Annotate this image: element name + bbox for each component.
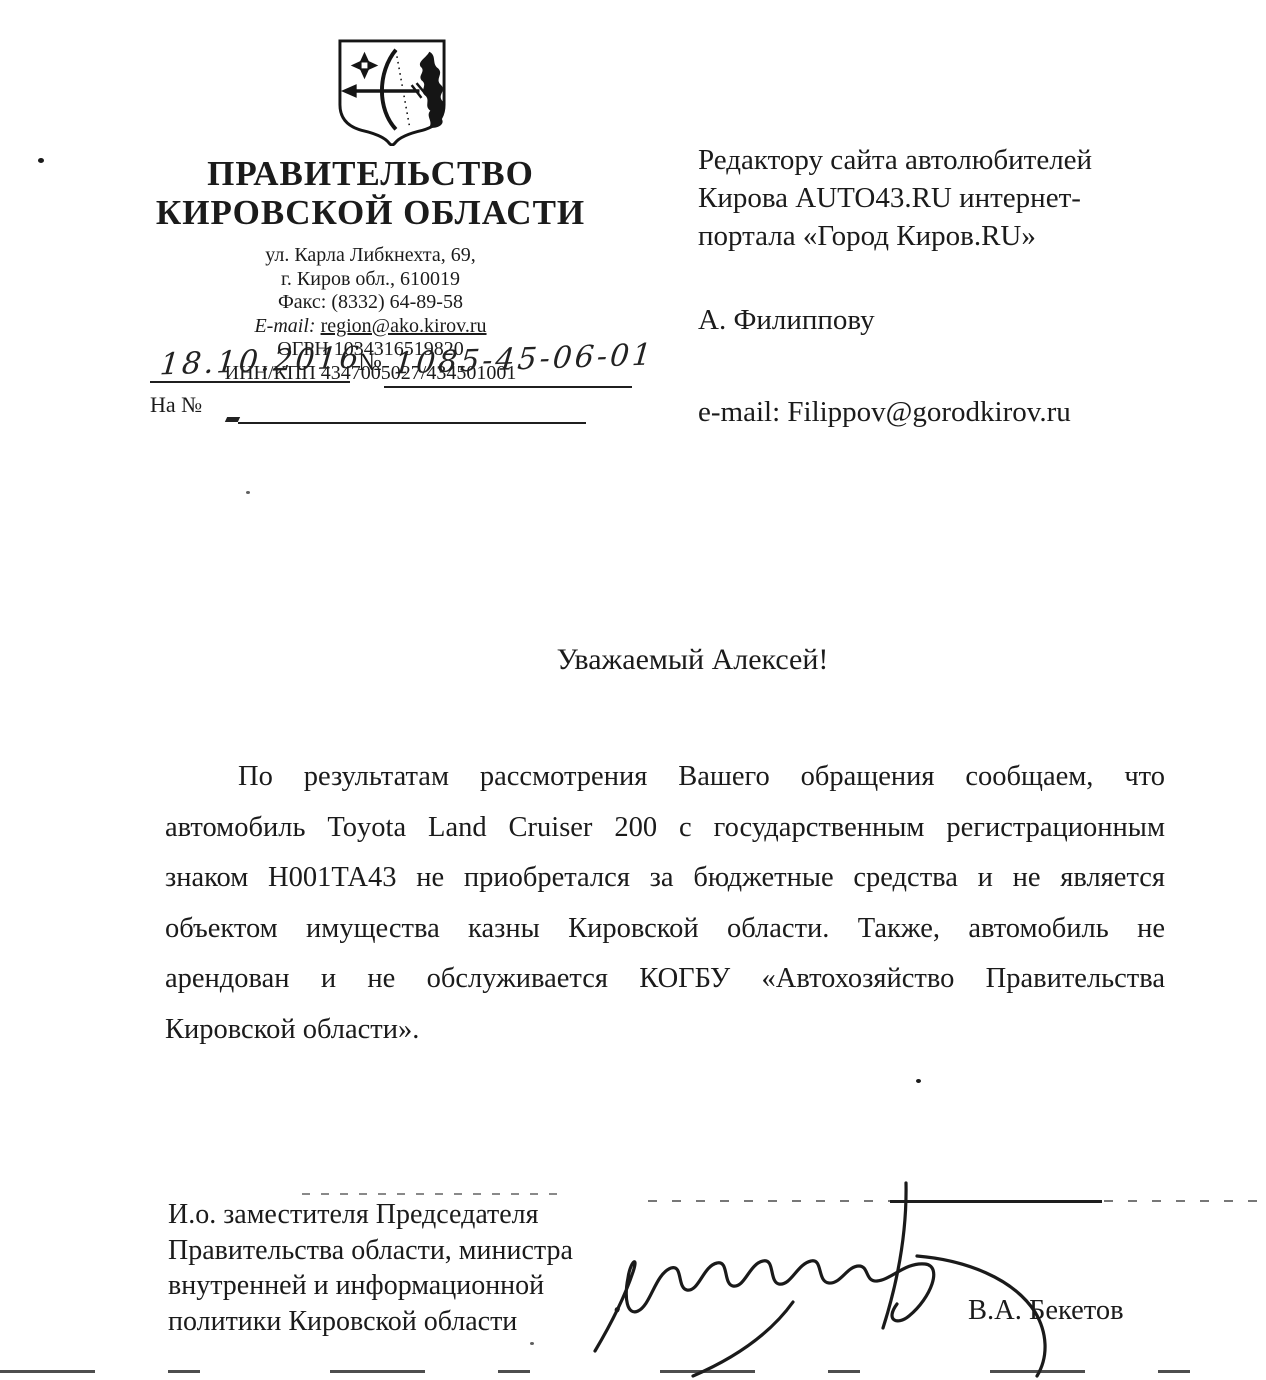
number-sign: № xyxy=(358,349,382,377)
signer-position-line2: Правительства области, министра xyxy=(168,1233,638,1269)
addressee-line1: Редактору сайта автолюбителей xyxy=(698,141,1198,179)
letterhead: ПРАВИТЕЛЬСТВО КИРОВСКОЙ ОБЛАСТИ ул. Карл… xyxy=(118,36,623,385)
handwritten-date: 18.10.2016 xyxy=(159,340,364,382)
reply-underline xyxy=(238,422,586,424)
scan-speck xyxy=(916,1079,921,1083)
org-name-line1: ПРАВИТЕЛЬСТВО xyxy=(118,157,623,190)
number-underline xyxy=(384,386,632,388)
addressee-block: Редактору сайта автолюбителей Кирова AUT… xyxy=(698,141,1198,431)
signer-position-line3: внутренней и информационной xyxy=(168,1268,638,1304)
address-street: ул. Карла Либкнехта, 69, xyxy=(118,244,623,268)
email-line: E-mail: region@ako.kirov.ru xyxy=(118,315,623,339)
scan-speck xyxy=(530,1342,534,1345)
scanned-letter-page: ПРАВИТЕЛЬСТВО КИРОВСКОЙ ОБЛАСТИ ул. Карл… xyxy=(0,0,1266,1380)
scan-artifact-dashed-overline xyxy=(302,1193,560,1195)
scan-speck xyxy=(246,491,250,494)
email-label: E-mail: xyxy=(254,315,315,337)
scan-speck xyxy=(38,158,44,163)
date-underline xyxy=(150,381,350,383)
address-city: г. Киров обл., 610019 xyxy=(118,268,623,292)
scan-artifact-bottom-line xyxy=(0,1370,1266,1373)
body-line: объектом имущества казны Кировской облас… xyxy=(165,904,1165,955)
body-line: автомобиль Toyota Land Cruiser 200 с гос… xyxy=(165,803,1165,854)
addressee-name: А. Филиппову xyxy=(698,301,1198,339)
email-value: region@ako.kirov.ru xyxy=(321,315,487,337)
addressee-email: e-mail: Filippov@gorodkirov.ru xyxy=(698,393,1198,431)
org-name-line2: КИРОВСКОЙ ОБЛАСТИ xyxy=(118,196,623,229)
kirov-oblast-coat-of-arms-icon xyxy=(333,36,451,151)
body-line: По результатам рассмотрения Вашего обращ… xyxy=(165,752,1165,803)
body-line: Кировской области». xyxy=(165,1005,1165,1056)
signer-position-line4: политики Кировской области xyxy=(168,1304,638,1340)
addressee-line3: портала «Город Киров.RU» xyxy=(698,217,1198,255)
reply-to-label: На № xyxy=(150,392,202,418)
body-line: арендован и не обслуживается КОГБУ «Авто… xyxy=(165,954,1165,1005)
signer-position-block: И.о. заместителя Председателя Правительс… xyxy=(168,1197,638,1339)
addressee-line2: Кирова AUTO43.RU интернет- xyxy=(698,179,1198,217)
scan-artifact-line xyxy=(890,1200,1102,1203)
fax-line: Факс: (8332) 64-89-58 xyxy=(118,291,623,315)
letter-body: По результатам рассмотрения Вашего обращ… xyxy=(165,752,1165,1055)
salutation: Уважаемый Алексей! xyxy=(165,643,1165,677)
body-line: знаком Н001ТА43 не приобретался за бюдже… xyxy=(165,853,1165,904)
cross-icon xyxy=(350,52,378,80)
signer-position-line1: И.о. заместителя Председателя xyxy=(168,1197,638,1233)
scan-speck xyxy=(615,1307,620,1311)
handwritten-signature-icon xyxy=(585,1176,1090,1380)
signer-name: В.А. Бекетов xyxy=(968,1295,1124,1327)
